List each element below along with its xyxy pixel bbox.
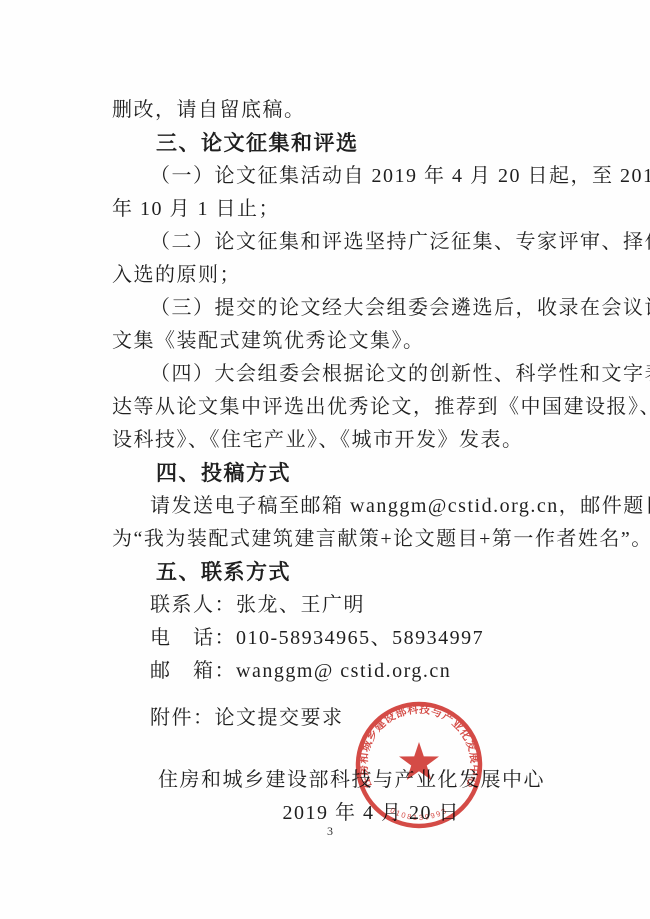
document-body: 删改，请自留底稿。 三、论文征集和评选 （一）论文征集活动自 2019 年 4 … — [0, 0, 650, 830]
text-line: 入选的原则； — [112, 259, 545, 292]
text-line: （一）论文征集活动自 2019 年 4 月 20 日起，至 2019 — [112, 160, 545, 193]
page-number: 3 — [327, 824, 333, 839]
text-line: 文集《装配式建筑优秀论文集》。 — [112, 325, 545, 358]
text-line: 设科技》、《住宅产业》、《城市开发》发表。 — [112, 424, 545, 457]
contact-person-line: 联系人：张龙、王广明 — [112, 589, 545, 622]
text-line: （三）提交的论文经大会组委会遴选后，收录在会议论 — [112, 292, 545, 325]
heading-paper-collection: 三、论文征集和评选 — [112, 127, 545, 160]
text-line: 达等从论文集中评选出优秀论文，推荐到《中国建设报》、《建 — [112, 391, 545, 424]
signature-org: 住房和城乡建设部科技与产业化发展中心 — [112, 764, 545, 797]
text-line: 为“我为装配式建筑建言献策+论文题目+第一作者姓名”。 — [112, 523, 545, 556]
heading-contact-info: 五、联系方式 — [112, 556, 545, 589]
contact-email-line: 邮 箱：wanggm@ cstid.org.cn — [112, 655, 545, 688]
contact-phone-line: 电 话：010-58934965、58934997 — [112, 622, 545, 655]
text-line: （四）大会组委会根据论文的创新性、科学性和文字表 — [112, 358, 545, 391]
text-line: （二）论文征集和评选坚持广泛征集、专家评审、择优 — [112, 226, 545, 259]
attachment-line: 附件：论文提交要求 — [112, 702, 545, 735]
submission-email-line: 请发送电子稿至邮箱 wanggm@cstid.org.cn，邮件题目 — [112, 490, 545, 523]
text-line: 删改，请自留底稿。 — [112, 94, 545, 127]
text-line: 年 10 月 1 日止； — [112, 193, 545, 226]
heading-submission-method: 四、投稿方式 — [112, 457, 545, 490]
document-page: 删改，请自留底稿。 三、论文征集和评选 （一）论文征集活动自 2019 年 4 … — [0, 0, 650, 919]
